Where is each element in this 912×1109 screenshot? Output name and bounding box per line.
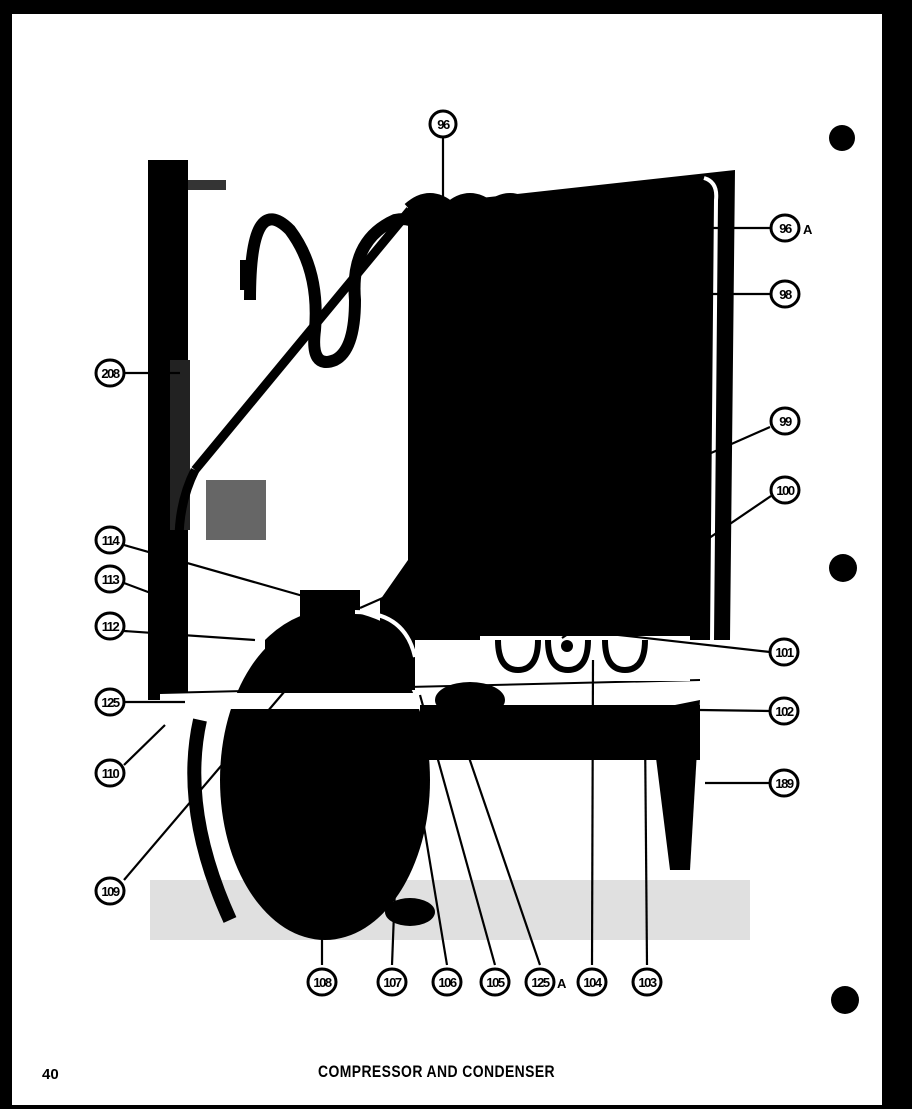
svg-text:A: A: [557, 976, 567, 991]
callout-106: 106: [433, 969, 461, 995]
callout-110: 110: [96, 760, 124, 786]
callout-104: 104: [578, 969, 606, 995]
callout-96a: 96A: [771, 215, 813, 241]
callout-112: 112: [96, 613, 124, 639]
svg-text:189: 189: [775, 776, 793, 791]
svg-text:114: 114: [102, 533, 121, 548]
svg-text:109: 109: [101, 884, 119, 899]
callout-103: 103: [633, 969, 661, 995]
svg-text:108: 108: [313, 975, 331, 990]
callout-109: 109: [96, 878, 124, 904]
svg-text:105: 105: [486, 975, 504, 990]
parts-diagram: 96 96A 98 99 100 101 102 189 208 114 113…: [0, 0, 912, 1109]
svg-text:106: 106: [438, 975, 456, 990]
svg-text:98: 98: [779, 287, 792, 302]
punch-hole: [829, 125, 855, 151]
svg-text:112: 112: [102, 619, 120, 634]
unit-photo: [148, 160, 750, 940]
callout-99: 99: [771, 408, 799, 434]
callout-100: 100: [771, 477, 799, 503]
punch-hole: [829, 554, 857, 582]
callout-107: 107: [378, 969, 406, 995]
callout-113: 113: [96, 566, 124, 592]
svg-text:A: A: [803, 222, 813, 237]
svg-text:125: 125: [101, 695, 119, 710]
svg-text:100: 100: [776, 483, 794, 498]
svg-text:96: 96: [779, 221, 792, 236]
callout-98: 98: [771, 281, 799, 307]
page-number: 40: [42, 1066, 59, 1083]
callout-125a: 125A: [526, 969, 567, 995]
svg-text:96: 96: [437, 117, 450, 132]
punch-hole: [831, 986, 859, 1014]
svg-text:107: 107: [383, 975, 401, 990]
figure-caption: COMPRESSOR AND CONDENSER: [318, 1062, 555, 1082]
svg-text:113: 113: [102, 572, 120, 587]
svg-text:103: 103: [638, 975, 656, 990]
callout-102: 102: [770, 698, 798, 724]
svg-text:101: 101: [775, 645, 793, 660]
svg-text:208: 208: [101, 366, 119, 381]
callout-101: 101: [770, 639, 798, 665]
callout-108: 108: [308, 969, 336, 995]
svg-text:99: 99: [779, 414, 792, 429]
svg-text:110: 110: [102, 766, 120, 781]
callout-125: 125: [96, 689, 124, 715]
callout-96: 96: [430, 111, 456, 137]
svg-text:104: 104: [583, 975, 602, 990]
svg-text:125: 125: [531, 975, 549, 990]
callout-208: 208: [96, 360, 124, 386]
callout-114: 114: [96, 527, 124, 553]
callout-105: 105: [481, 969, 509, 995]
svg-text:102: 102: [775, 704, 793, 719]
callout-189: 189: [770, 770, 798, 796]
